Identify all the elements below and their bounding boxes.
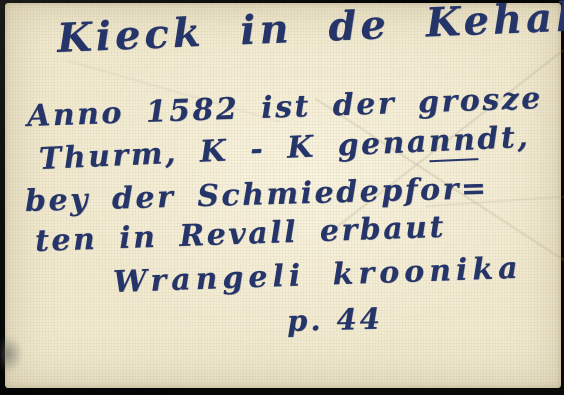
handwritten-title: Kieck in de Kehak: [56, 0, 564, 62]
handwritten-line-4: ten in Revall erbaut: [34, 210, 446, 259]
page-reference: p. 44: [287, 301, 384, 337]
line-2-underlined-nn: nn: [428, 122, 478, 162]
line-2-text-pre: Thurm, K - K gena: [38, 124, 429, 177]
line-2-text-post: dt,: [477, 120, 531, 157]
attribution-line: Wrangeli kroonika: [112, 251, 523, 300]
ink-smudge: [1, 335, 23, 373]
index-card: Kieck in de Kehak Anno 1582 ist der gros…: [5, 3, 561, 388]
photo-frame: Kieck in de Kehak Anno 1582 ist der gros…: [0, 0, 564, 395]
